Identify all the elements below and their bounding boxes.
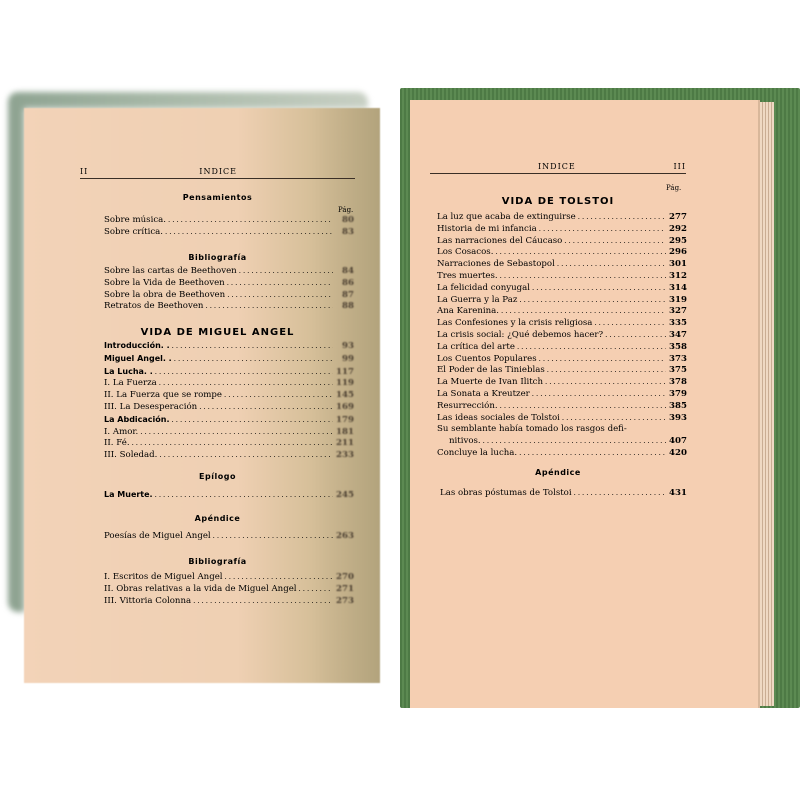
toc-list: La Muerte.245 <box>104 489 354 502</box>
toc-list: Introducción. .93 Miguel Angel. .99 La L… <box>104 340 354 462</box>
toc-entry: Sobre la Vida de Beethoven86 <box>104 278 354 290</box>
toc-entry: Los Cosacos.296 <box>437 247 687 259</box>
toc-entry: El Poder de las Tinieblas375 <box>437 365 687 377</box>
toc-entry: Las narraciones del Cáucaso295 <box>437 236 687 248</box>
toc-entry: II. La Fuerza que se rompe145 <box>104 390 354 402</box>
section-heading: Apéndice <box>80 514 355 523</box>
toc-list: Las obras póstumas de Tolstoi431 <box>440 488 687 500</box>
toc-list: Sobre las cartas de Beethoven84 Sobre la… <box>104 266 354 313</box>
pag-label: Pág. <box>338 206 353 214</box>
toc-list: I. Escritos de Miguel Angel270 II. Obras… <box>104 572 354 607</box>
toc-entry: Su semblante había tomado los rasgos def… <box>437 424 687 448</box>
toc-entry: Las obras póstumas de Tolstoi431 <box>440 488 687 500</box>
toc-entry: Narraciones de Sebastopol301 <box>437 259 687 271</box>
toc-entry: Los Cuentos Populares373 <box>437 354 687 366</box>
toc-list: La luz que acaba de extinguirse277 Histo… <box>437 212 687 460</box>
toc-entry: Introducción. .93 <box>104 340 354 353</box>
toc-entry: Sobre las cartas de Beethoven84 <box>104 266 354 278</box>
page-number: III <box>674 162 686 171</box>
toc-entry: Sobre música.80 <box>104 215 354 227</box>
toc-entry: I. La Fuerza119 <box>104 378 354 390</box>
section-heading: Bibliografía <box>80 253 355 262</box>
toc-entry: III. La Desesperación169 <box>104 402 354 414</box>
toc-entry: Sobre crítica.83 <box>104 227 354 239</box>
toc-entry: Concluye la lucha.420 <box>437 448 687 460</box>
toc-entry: Historia de mi infancia292 <box>437 224 687 236</box>
toc-entry: Poesías de Miguel Angel263 <box>104 531 354 543</box>
toc-entry: I. Amor.181 <box>104 427 354 439</box>
toc-entry: Retratos de Beethoven88 <box>104 301 354 313</box>
toc-entry: La Lucha. .117 <box>104 366 354 379</box>
toc-entry: La Muerte de Ivan Ilitch378 <box>437 377 687 389</box>
toc-entry: La felicidad conyugal314 <box>437 283 687 295</box>
toc-entry: La Guerra y la Paz319 <box>437 295 687 307</box>
toc-entry: I. Escritos de Miguel Angel270 <box>104 572 354 584</box>
running-head-title: INDICE <box>199 167 237 176</box>
toc-entry: II. Obras relativas a la vida de Miguel … <box>104 584 354 596</box>
toc-entry: La Muerte.245 <box>104 489 354 502</box>
toc-entry: Resurrección.385 <box>437 401 687 413</box>
running-head-right: INDICE III <box>430 162 686 174</box>
toc-entry: III. Vittoria Colonna273 <box>104 596 354 608</box>
toc-entry: Las Confesiones y la crisis religiosa335 <box>437 318 687 330</box>
toc-entry: Miguel Angel. .99 <box>104 353 354 366</box>
toc-entry: Sobre la obra de Beethoven87 <box>104 290 354 302</box>
section-heading: Apéndice <box>430 468 686 477</box>
pag-label: Pág. <box>666 184 681 192</box>
section-heading: Bibliografía <box>80 557 355 566</box>
toc-entry: La crítica del arte358 <box>437 342 687 354</box>
toc-entry: Ana Karenina.327 <box>437 306 687 318</box>
section-heading: VIDA DE MIGUEL ANGEL <box>80 327 355 338</box>
toc-entry: La crisis social: ¿Qué debemos hacer?347 <box>437 330 687 342</box>
toc-entry: La Abdicación.179 <box>104 414 354 427</box>
toc-entry: Las ideas sociales de Tolstoi393 <box>437 413 687 425</box>
toc-entry: La luz que acaba de extinguirse277 <box>437 212 687 224</box>
toc-entry: Tres muertes.312 <box>437 271 687 283</box>
toc-entry: La Sonata a Kreutzer379 <box>437 389 687 401</box>
toc-entry: III. Soledad.233 <box>104 450 354 462</box>
section-heading: Epílogo <box>80 472 355 481</box>
section-heading: Pensamientos <box>80 193 355 202</box>
running-head-left: II INDICE <box>80 167 355 179</box>
page-edges <box>760 102 774 706</box>
section-heading: VIDA DE TOLSTOI <box>430 196 686 207</box>
running-head-title: INDICE <box>538 162 576 171</box>
toc-entry: II. Fé.211 <box>104 438 354 450</box>
toc-list: Sobre música.80 Sobre crítica.83 <box>104 215 354 239</box>
toc-list: Poesías de Miguel Angel263 <box>104 531 354 543</box>
page-number: II <box>80 167 88 176</box>
